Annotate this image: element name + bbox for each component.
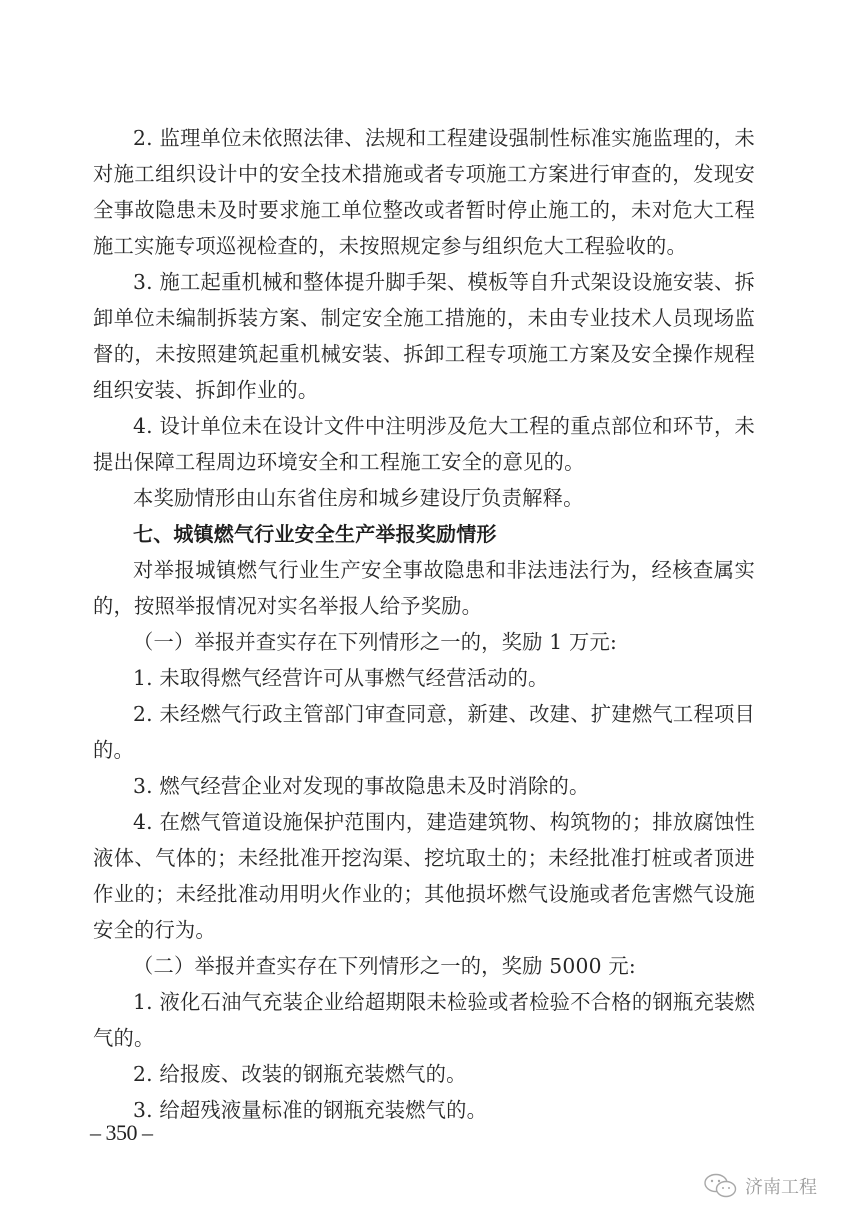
paragraph-lpg-item-3: 3. 给超残液量标准的钢瓶充装燃气的。: [93, 1092, 755, 1128]
paragraph-item-2-supervision: 2. 监理单位未依照法律、法规和工程建设强制性标准实施监理的，未对施工组织设计中…: [93, 120, 755, 264]
paragraph-item-4-design-unit: 4. 设计单位未在设计文件中注明涉及危大工程的重点部位和环节，未提出保障工程周边…: [93, 408, 755, 480]
paragraph-gas-item-1: 1. 未取得燃气经营许可从事燃气经营活动的。: [93, 660, 755, 696]
section-heading-gas-industry: 七、城镇燃气行业安全生产举报奖励情形: [93, 516, 755, 552]
subsection-reward-5000: （二）举报并查实存在下列情形之一的，奖励 5000 元:: [93, 948, 755, 984]
subsection-reward-10000: （一）举报并查实存在下列情形之一的，奖励 1 万元:: [93, 624, 755, 660]
watermark-label: 济南工程: [745, 1173, 817, 1199]
document-body: 2. 监理单位未依照法律、法规和工程建设强制性标准实施监理的，未对施工组织设计中…: [93, 120, 755, 1128]
watermark: 济南工程: [703, 1173, 817, 1199]
paragraph-gas-intro: 对举报城镇燃气行业生产安全事故隐患和非法违法行为，经核查属实的，按照举报情况对实…: [93, 552, 755, 624]
page-number: – 350 –: [90, 1120, 153, 1146]
paragraph-gas-item-3: 3. 燃气经营企业对发现的事故隐患未及时消除的。: [93, 768, 755, 804]
wechat-icon: [703, 1173, 739, 1199]
paragraph-item-3-lifting-machinery: 3. 施工起重机械和整体提升脚手架、模板等自升式架设设施安装、拆卸单位未编制拆装…: [93, 264, 755, 408]
paragraph-gas-item-4: 4. 在燃气管道设施保护范围内，建造建筑物、构筑物的；排放腐蚀性液体、气体的；未…: [93, 804, 755, 948]
paragraph-lpg-item-2: 2. 给报废、改装的钢瓶充装燃气的。: [93, 1056, 755, 1092]
paragraph-gas-item-2: 2. 未经燃气行政主管部门审查同意，新建、改建、扩建燃气工程项目的。: [93, 696, 755, 768]
paragraph-interpretation-note: 本奖励情形由山东省住房和城乡建设厅负责解释。: [93, 480, 755, 516]
paragraph-lpg-item-1: 1. 液化石油气充装企业给超期限未检验或者检验不合格的钢瓶充装燃气的。: [93, 984, 755, 1056]
